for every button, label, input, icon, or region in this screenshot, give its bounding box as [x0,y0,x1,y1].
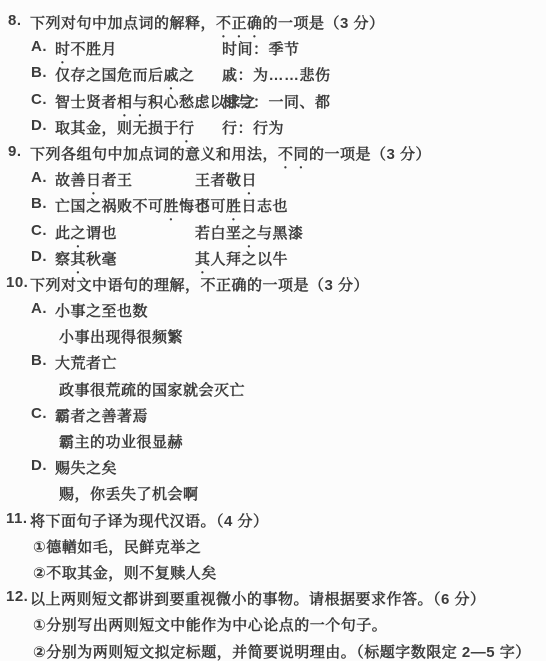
text-segment: ①德輶如毛，民鲜克举之 [33,539,201,556]
q10-option-a-explanation: 小事出现得很频繁 [0,324,546,350]
emphasized-word: 胜 [164,198,180,215]
q8-option-d: D. 取其金，则无损于行 行：行为 [0,115,546,141]
question-number: 8. [8,12,22,29]
question-stem: 以上两则短文都讲到要重视微小的事物。请根据要求作答。（6 分） [30,588,486,609]
text-segment: 者王 [102,172,133,189]
q10-option-d-explanation: 赐，你丢失了机会啊 [0,481,546,507]
q8-option-c: C. 智士贤者相与积心愁虑以求之 相与：一同、都 [0,89,546,115]
text-segment: 日志也 [242,198,289,215]
option-label: C. [31,91,47,108]
text-segment: 的一项是（3 分） [309,146,431,163]
option-text: 小事之至也数 [55,300,148,321]
emphasized-word: 相与 [117,94,148,111]
q10-option-b: B. 大荒者亡 [0,350,546,376]
text-segment: 不可 [195,198,226,215]
q9-option-c: C. 此之谓也 若白垩之与黑漆 [0,220,546,246]
q10-option-c: C. 霸者之善著焉 [0,403,546,429]
option-gloss: 戚：为……悲伤 [222,64,331,85]
explanation-text: 霸主的功业很显赫 [59,431,183,452]
emphasized-word: 行 [179,120,195,137]
text-segment: 戚：为……悲伤 [222,67,331,84]
text-segment: 时间：季节 [222,41,300,58]
emphasized-word: 其 [195,251,211,268]
text-segment: 赐失之矣 [55,460,117,477]
q10-option-a: A. 小事之至也数 [0,298,546,324]
emphasized-word: 时 [55,41,71,58]
emphasized-word: 胜 [226,198,242,215]
explanation-text: 政事很荒疏的国家就会灭亡 [59,379,245,400]
exam-paper-page: 8. 下列对句中加点词的解释，不正确的一项是（3 分） A. 时不胜月 时间：季… [0,0,546,661]
option-label: D. [31,457,47,474]
emphasized-word: 不正确 [216,15,263,32]
question-9-header: 9. 下列各组句中加点词的意义和用法，不同的一项是（3 分） [0,141,546,167]
text-segment: 故善 [55,172,86,189]
option-label: D. [31,248,47,265]
emphasized-word: 之 [242,225,258,242]
sub-item-text: ②不取其金，则不复赎人矣 [33,562,217,583]
text-segment: 小事之至也数 [55,303,148,320]
question-number: 12. [6,588,28,605]
question-stem: 下列对文中语句的理解，不正确的一项是（3 分） [30,274,369,295]
question-stem: 将下面句子译为现代汉语。（4 分） [30,510,269,531]
question-number: 9. [8,143,22,160]
question-number: 10. [6,274,28,291]
sub-item-text: ②分别为两则短文拟定标题，并简要说明理由。（标题字数限定 2—5 字） [33,641,531,661]
q11-sub-item-1: ①德輶如毛，民鲜克举之 [0,534,546,560]
text-segment: 赐，你丢失了机会啊 [59,486,199,503]
q8-option-b: B. 仅存之国危而后戚之 戚：为……悲伤 [0,62,546,88]
q12-sub-item-2: ②分别为两则短文拟定标题，并简要说明理由。（标题字数限定 2—5 字） [0,639,546,661]
text-segment: 此 [55,225,71,242]
text-segment: 霸者之善著焉 [55,408,148,425]
option-label: C. [31,405,47,422]
option-text: 大荒者亡 [55,352,117,373]
emphasized-word: 戚 [164,67,180,84]
text-segment: 不胜月 [71,41,118,58]
text-segment: 智士贤者 [55,94,117,111]
q10-option-d: D. 赐失之矣 [0,455,546,481]
option-gloss: 相与：一同、都 [222,91,331,112]
option-label: A. [31,169,47,186]
text-segment: 仅存之国危而后 [55,67,164,84]
text-segment: 下列对句中加点词的解释， [30,15,216,32]
emphasized-word: 日 [242,172,258,189]
text-segment: 秋毫 [86,251,117,268]
text-segment: 行：行为 [222,120,284,137]
text-segment: 小事出现得很频繁 [59,329,183,346]
question-12-header: 12. 以上两则短文都讲到要重视微小的事物。请根据要求作答。（6 分） [0,586,546,612]
sub-item-text: ①分别写出两则短文中能作为中心论点的一个句子。 [33,614,387,635]
emphasized-word: 之 [71,225,87,242]
text-segment: 相与：一同、都 [222,94,331,111]
option-label: A. [31,300,47,317]
text-segment: 政事很荒疏的国家就会灭亡 [59,382,245,399]
text-segment: 的一项是（3 分） [263,15,385,32]
text-segment: ②不取其金，则不复赎人矣 [33,565,217,582]
question-number: 11. [6,510,28,527]
text-segment: 将下面句子译为现代汉语。（4 分） [30,513,269,530]
question-8-header: 8. 下列对句中加点词的解释，不正确的一项是（3 分） [0,10,546,36]
sub-item-text: ①德輶如毛，民鲜克举之 [33,536,201,557]
text-segment: ②分别为两则短文拟定标题，并简要说明理由。（标题字数限定 2—5 字） [33,644,531,661]
text-segment: 与黑漆 [257,225,304,242]
option-gloss: 行：行为 [222,117,284,138]
text-segment: 之 [179,67,195,84]
text-segment: ①分别写出两则短文中能作为中心论点的一个句子。 [33,617,387,634]
option-label: D. [31,117,47,134]
question-11-header: 11. 将下面句子译为现代汉语。（4 分） [0,508,546,534]
emphasized-word: 其 [71,251,87,268]
q9-option-b: B. 亡国之祸败不可胜悔也 不可胜日志也 [0,193,546,219]
text-segment: 谓也 [86,225,117,242]
option-label: B. [31,352,47,369]
emphasized-word: 日 [86,172,102,189]
text-segment: 察 [55,251,71,268]
text-segment: 下列各组句中加点词的意义和用法， [30,146,278,163]
text-segment: 取其金，则无损于 [55,120,179,137]
question-10-header: 10. 下列对文中语句的理解，不正确的一项是（3 分） [0,272,546,298]
text-segment: 霸主的功业很显赫 [59,434,183,451]
q10-option-c-explanation: 霸主的功业很显赫 [0,429,546,455]
q12-sub-item-1: ①分别写出两则短文中能作为中心论点的一个句子。 [0,612,546,638]
emphasized-word: 不同 [278,146,309,163]
text-segment: 下列对文中语句的理解，不正确的一项是（3 分） [30,277,369,294]
option-gloss: 时间：季节 [222,38,300,59]
q8-option-a: A. 时不胜月 时间：季节 [0,36,546,62]
q9-option-a: A. 故善日者王 王者敬日 [0,167,546,193]
q10-option-b-explanation: 政事很荒疏的国家就会灭亡 [0,377,546,403]
text-segment: 大荒者亡 [55,355,117,372]
option-label: B. [31,195,47,212]
option-label: A. [31,38,47,55]
text-segment: 人拜之以牛 [211,251,289,268]
q11-sub-item-2: ②不取其金，则不复赎人矣 [0,560,546,586]
explanation-text: 小事出现得很频繁 [59,326,183,347]
option-text: 赐失之矣 [55,457,117,478]
text-segment: 若白垩 [195,225,242,242]
option-text: 霸者之善著焉 [55,405,148,426]
q9-option-d: D. 察其秋毫 其人拜之以牛 [0,246,546,272]
text-segment: 亡国之祸败不可 [55,198,164,215]
text-segment: 以上两则短文都讲到要重视微小的事物。请根据要求作答。（6 分） [30,591,486,608]
option-label: C. [31,222,47,239]
explanation-text: 赐，你丢失了机会啊 [59,483,199,504]
option-label: B. [31,64,47,81]
text-segment: 王者敬 [195,172,242,189]
